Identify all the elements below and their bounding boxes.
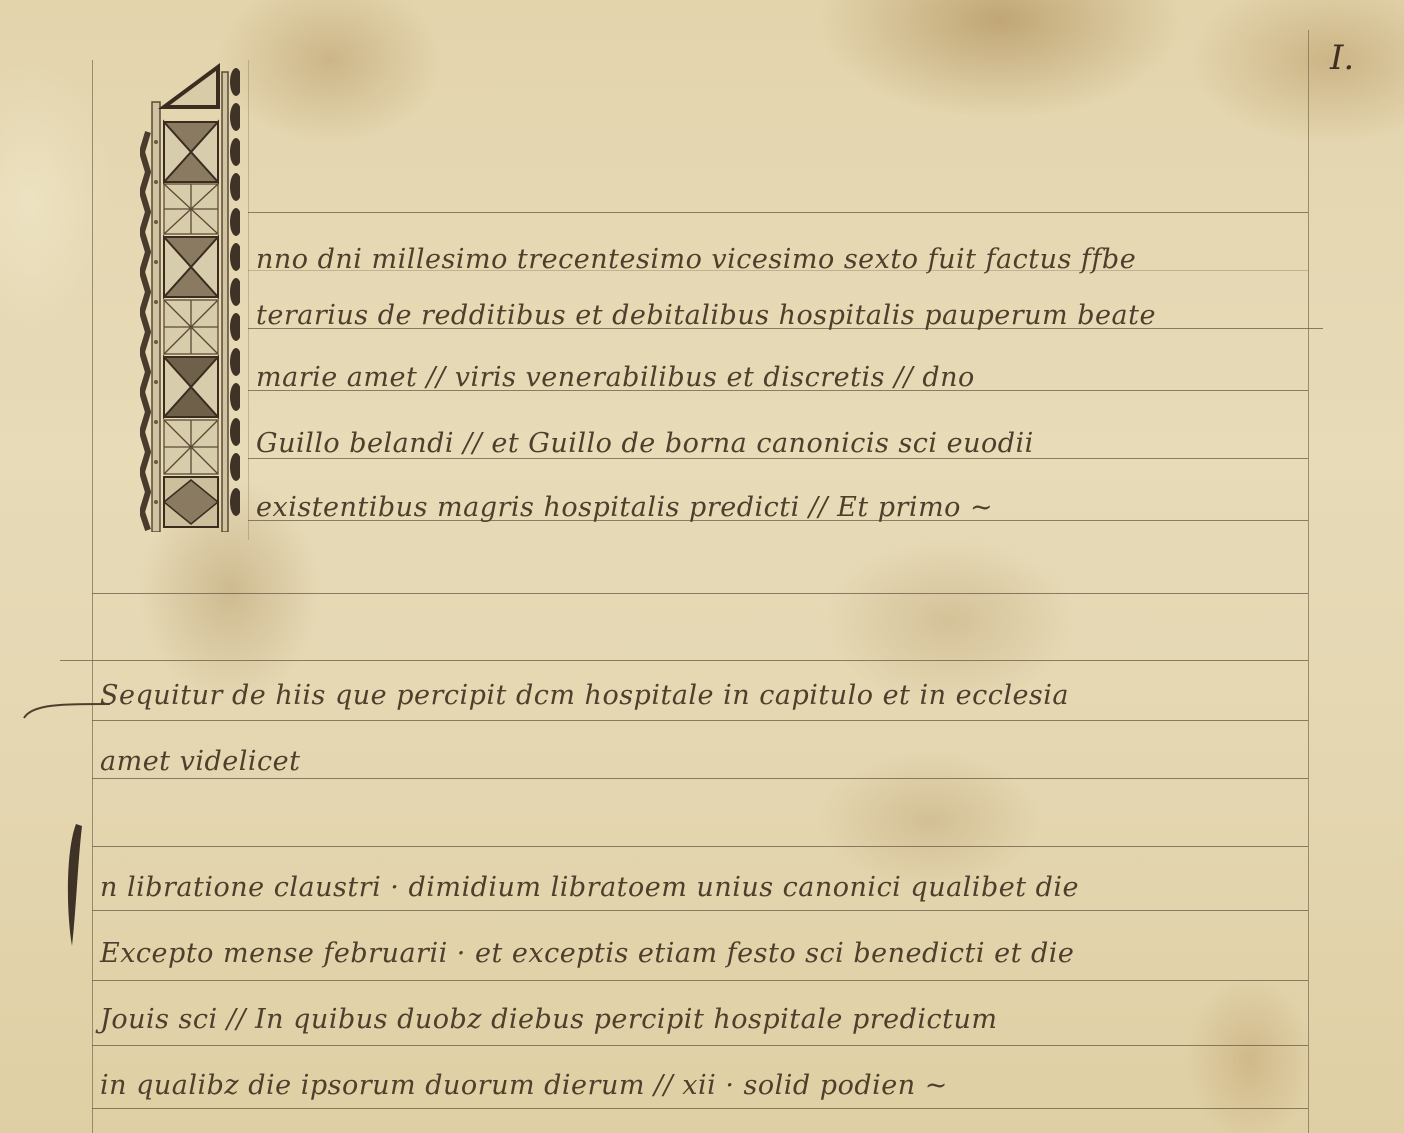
marginal-flourish-icon	[22, 700, 112, 720]
text-line: marie amet // viris venerabilibus et dis…	[256, 362, 975, 393]
text-line: amet videlicet	[100, 746, 300, 777]
folio-number: I.	[1330, 38, 1354, 78]
ruling-line	[92, 593, 1308, 594]
ruling-line	[92, 1045, 1308, 1046]
ruling-line	[92, 1108, 1308, 1109]
text-line: n libratione claustri · dimidium librato…	[100, 872, 1079, 903]
ruling-line	[60, 660, 1308, 661]
text-line: Sequitur de hiis que percipit dcm hospit…	[100, 680, 1069, 711]
right-margin-rule	[1308, 30, 1309, 1133]
left-margin-rule	[92, 60, 93, 1133]
text-line: nno dni millesimo trecentesimo vicesimo …	[256, 244, 1136, 275]
ruling-line	[92, 980, 1308, 981]
initial-i-icon	[62, 820, 84, 950]
text-line: Jouis sci // In quibus duobz diebus perc…	[100, 1004, 998, 1035]
text-line: terarius de redditibus et debitalibus ho…	[256, 300, 1156, 331]
text-left-rule	[248, 60, 249, 540]
decorated-initial-a-icon	[140, 62, 240, 532]
text-line: existentibus magris hospitalis predicti …	[256, 492, 993, 523]
ruling-line	[92, 910, 1308, 911]
ruling-line	[248, 212, 1308, 213]
text-line: Guillo belandi // et Guillo de borna can…	[256, 428, 1034, 459]
ruling-line	[92, 846, 1308, 847]
ruling-line	[92, 720, 1308, 721]
text-line: in qualibz die ipsorum duorum dierum // …	[100, 1070, 948, 1101]
text-line: Excepto mense februarii · et exceptis et…	[100, 938, 1074, 969]
ruling-line	[92, 778, 1308, 779]
